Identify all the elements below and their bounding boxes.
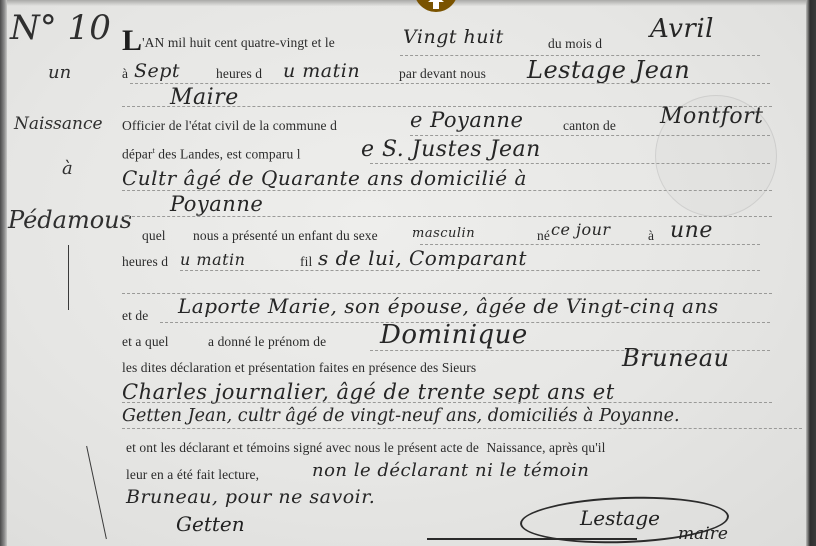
- rule: [122, 402, 772, 403]
- birth-month: Avril: [650, 14, 714, 44]
- rule: [410, 135, 770, 136]
- margin-entry-number: N° 10: [10, 8, 111, 48]
- signature-statement-2: Bruneau, pour ne savoir.: [126, 486, 375, 508]
- declarant-details: Cultr âgé de Quarante ans domicilié à: [122, 166, 527, 190]
- margin-entry-type: Naissance: [14, 114, 103, 134]
- page-binding-edge: [0, 0, 7, 546]
- declarant-residence: Poyanne: [170, 192, 263, 216]
- birth-day: Vingt huit: [403, 26, 504, 48]
- signature-statement: non le déclarant ni le témoin: [312, 460, 589, 481]
- line-8-c: né: [537, 228, 550, 244]
- line-2-b: heures d: [216, 66, 262, 82]
- birth-hour-2: une: [670, 218, 713, 243]
- commune-name: e Poyanne: [410, 108, 523, 132]
- birth-time-of-day: u matin: [283, 60, 360, 82]
- line-11-b: a donné le prénom de: [208, 334, 326, 350]
- witness-2-details: Getten Jean, cultr âgé de vingt-neuf ans…: [122, 406, 680, 426]
- mayor-title-signature: maire: [678, 524, 728, 544]
- line-1-printed: L'AN mil huit cent quatre-vingt et le: [122, 26, 335, 56]
- rule: [420, 244, 760, 245]
- line-10-a: et de: [122, 308, 148, 324]
- line-15: et ont les déclarant et témoins signé av…: [126, 440, 605, 456]
- witness-1-surname: Bruneau: [622, 344, 730, 372]
- margin-brace: [68, 245, 69, 310]
- mother-details: Laporte Marie, son épouse, âgée de Vingt…: [178, 294, 719, 318]
- mayor-signature: Lestage: [580, 506, 660, 530]
- line-9-a: heures d: [122, 254, 168, 270]
- page-right-edge: [806, 0, 816, 546]
- rule: [122, 216, 772, 217]
- line-12-a: les dites déclaration et présentation fa…: [122, 360, 476, 376]
- margin-flourish: [86, 446, 107, 539]
- birth-day-relative: ce jour: [551, 220, 611, 239]
- line-1-month-label: du mois d: [548, 36, 602, 52]
- officer-name: Lestage Jean: [527, 56, 690, 84]
- canton-name: Montfort: [660, 104, 764, 129]
- margin-entry-place: Pédamous: [8, 206, 132, 234]
- father-relation: s de lui, Comparant: [318, 246, 527, 270]
- line-2-a: à: [122, 66, 128, 82]
- rule: [370, 163, 770, 164]
- rule: [122, 190, 772, 191]
- witness-1-details: Charles journalier, âgé de trente sept a…: [122, 380, 615, 404]
- witness-signature: Getten: [176, 512, 245, 536]
- birth-time-of-day-2: u matin: [180, 250, 245, 269]
- line-5: départ des Landes, est comparu l: [122, 146, 301, 163]
- line-2-c: par devant nous: [399, 66, 486, 82]
- line-8-d: à: [648, 228, 654, 244]
- child-sex: masculin: [412, 226, 475, 241]
- rule: [130, 83, 770, 84]
- birth-hour: Sept: [134, 60, 180, 82]
- register-page: N° 10 un Naissance à Pédamous L'AN mil h…: [0, 0, 816, 546]
- margin-entry-preposition: à: [62, 158, 73, 179]
- line-4-a: Officier de l'état civil de la commune d: [122, 118, 337, 134]
- line-8-a: quel: [142, 228, 166, 244]
- line-11-a: et a quel: [122, 334, 169, 350]
- scroll-up-button[interactable]: [414, 0, 458, 12]
- child-given-name: Dominique: [380, 320, 528, 350]
- rule: [180, 270, 760, 271]
- declarant-name: e S. Justes Jean: [361, 137, 541, 162]
- signature-rule: [427, 538, 637, 540]
- line-16-a: leur en a été fait lecture,: [126, 467, 259, 483]
- page-top-edge: [0, 0, 816, 6]
- line-9-b: fil: [300, 254, 312, 270]
- rule: [122, 428, 802, 429]
- arrow-up-icon: [428, 0, 444, 9]
- drop-cap: L: [122, 24, 142, 57]
- line-8-b: nous a présenté un enfant du sexe: [193, 228, 378, 244]
- margin-entry-prefix: un: [48, 62, 71, 83]
- line-4-b: canton de: [563, 118, 616, 134]
